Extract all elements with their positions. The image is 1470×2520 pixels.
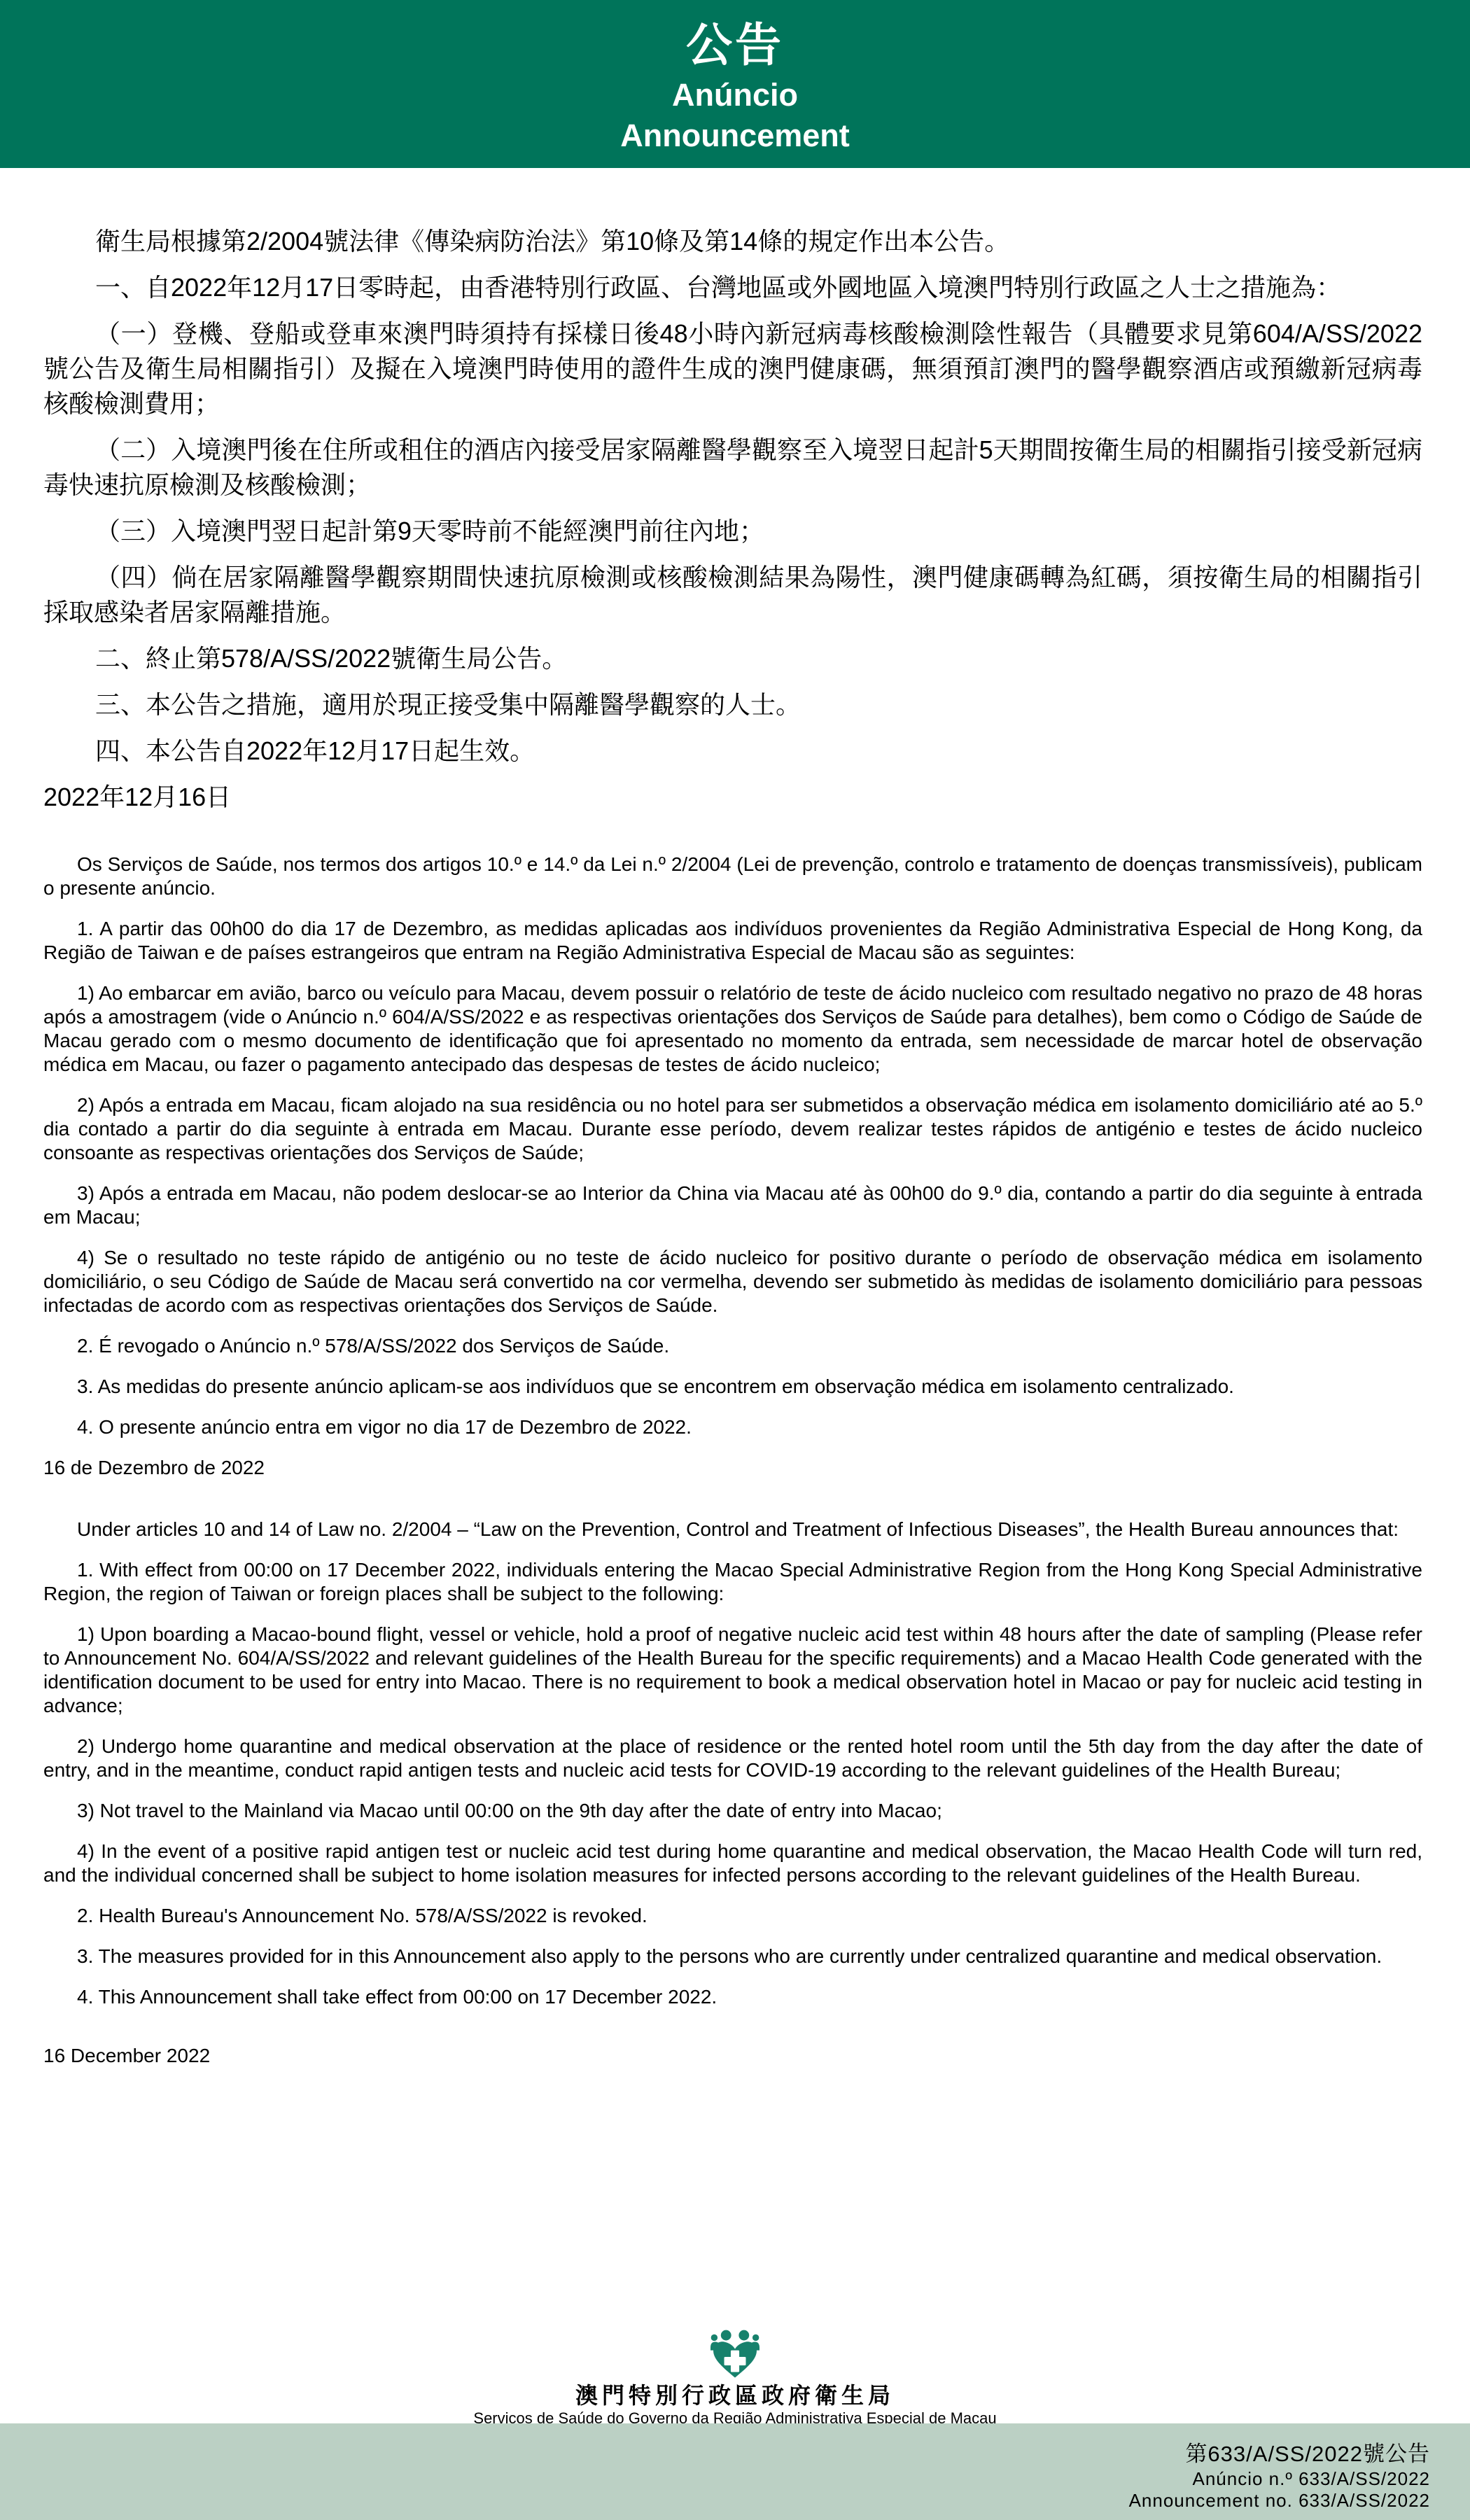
reference-number-en: Announcement no. 633/A/SS/2022 [0,2490,1430,2512]
reference-number-pt: Anúncio n.º 633/A/SS/2022 [0,2468,1430,2490]
pt-paragraph-item1-1: 1) Ao embarcar em avião, barco ou veícul… [43,981,1422,1077]
zh-paragraph-item3: 三、本公告之措施，適用於現正接受集中隔離醫學觀察的人士。 [43,687,1422,722]
zh-paragraph-item1-3: （三）入境澳門翌日起計第9天零時前不能經澳門前往內地； [43,514,1422,549]
en-paragraph-item2: 2. Health Bureau's Announcement No. 578/… [43,1904,1422,1928]
header-title-pt: Anúncio [672,75,798,115]
en-paragraph-item1-4: 4) In the event of a positive rapid anti… [43,1840,1422,1887]
announcement-page: 公告 Anúncio Announcement 衛生局根據第2/2004號法律《… [0,0,1470,2520]
pt-paragraph-item1-4: 4) Se o resultado no teste rápido de ant… [43,1246,1422,1317]
pt-paragraph-item2: 2. É revogado o Anúncio n.º 578/A/SS/202… [43,1334,1422,1358]
footer-org-block: 澳門特別行政區政府衛生局 Serviços de Saúde do Govern… [0,2330,1470,2427]
pt-paragraph-intro: Os Serviços de Saúde, nos termos dos art… [43,853,1422,900]
reference-number-zh: 第633/A/SS/2022號公告 [0,2440,1430,2468]
zh-paragraph-item1-4: （四）倘在居家隔離醫學觀察期間快速抗原檢測或核酸檢測結果為陽性，澳門健康碼轉為紅… [43,560,1422,630]
zh-paragraph-item1-2: （二）入境澳門後在住所或租住的酒店內接受居家隔離醫學觀察至入境翌日起計5天期間按… [43,433,1422,503]
pt-paragraph-item1-2: 2) Após a entrada em Macau, ficam alojad… [43,1093,1422,1165]
header-title-en: Announcement [620,115,850,156]
zh-date: 2022年12月16日 [43,780,1422,815]
org-name-zh: 澳門特別行政區政府衛生局 [0,2382,1470,2409]
zh-paragraph-item2: 二、終止第578/A/SS/2022號衛生局公告。 [43,641,1422,676]
en-paragraph-item1: 1. With effect from 00:00 on 17 December… [43,1558,1422,1606]
en-date: 16 December 2022 [43,2044,1422,2068]
chinese-section: 衛生局根據第2/2004號法律《傳染病防治法》第10條及第14條的規定作出本公告… [43,224,1422,815]
en-paragraph-item4: 4. This Announcement shall take effect f… [43,1985,1422,2009]
pt-paragraph-item3: 3. As medidas do presente anúncio aplica… [43,1375,1422,1399]
portuguese-section: Os Serviços de Saúde, nos termos dos art… [43,853,1422,1480]
header-banner: 公告 Anúncio Announcement [0,0,1470,168]
zh-paragraph-item1: 一、自2022年12月17日零時起，由香港特別行政區、台灣地區或外國地區入境澳門… [43,270,1422,305]
zh-paragraph-item4: 四、本公告自2022年12月17日起生效。 [43,734,1422,769]
en-paragraph-item1-3: 3) Not travel to the Mainland via Macao … [43,1799,1422,1823]
en-paragraph-item3: 3. The measures provided for in this Ann… [43,1945,1422,1968]
reference-number-band: 第633/A/SS/2022號公告 Anúncio n.º 633/A/SS/2… [0,2423,1470,2520]
zh-paragraph-item1-1: （一）登機、登船或登車來澳門時須持有採樣日後48小時內新冠病毒核酸檢測陰性報告（… [43,316,1422,421]
document-body: 衛生局根據第2/2004號法律《傳染病防治法》第10條及第14條的規定作出本公告… [0,168,1470,2068]
health-bureau-heart-cross-icon [700,2330,770,2379]
pt-date: 16 de Dezembro de 2022 [43,1456,1422,1480]
pt-paragraph-item1: 1. A partir das 00h00 do dia 17 de Dezem… [43,917,1422,965]
zh-paragraph-intro: 衛生局根據第2/2004號法律《傳染病防治法》第10條及第14條的規定作出本公告… [43,224,1422,259]
en-paragraph-item1-1: 1) Upon boarding a Macao-bound flight, v… [43,1623,1422,1718]
header-title-zh: 公告 [686,15,784,75]
pt-paragraph-item4: 4. O presente anúncio entra em vigor no … [43,1415,1422,1439]
en-paragraph-item1-2: 2) Undergo home quarantine and medical o… [43,1735,1422,1782]
english-section: Under articles 10 and 14 of Law no. 2/20… [43,1518,1422,2068]
en-paragraph-intro: Under articles 10 and 14 of Law no. 2/20… [43,1518,1422,1541]
pt-paragraph-item1-3: 3) Após a entrada em Macau, não podem de… [43,1182,1422,1229]
